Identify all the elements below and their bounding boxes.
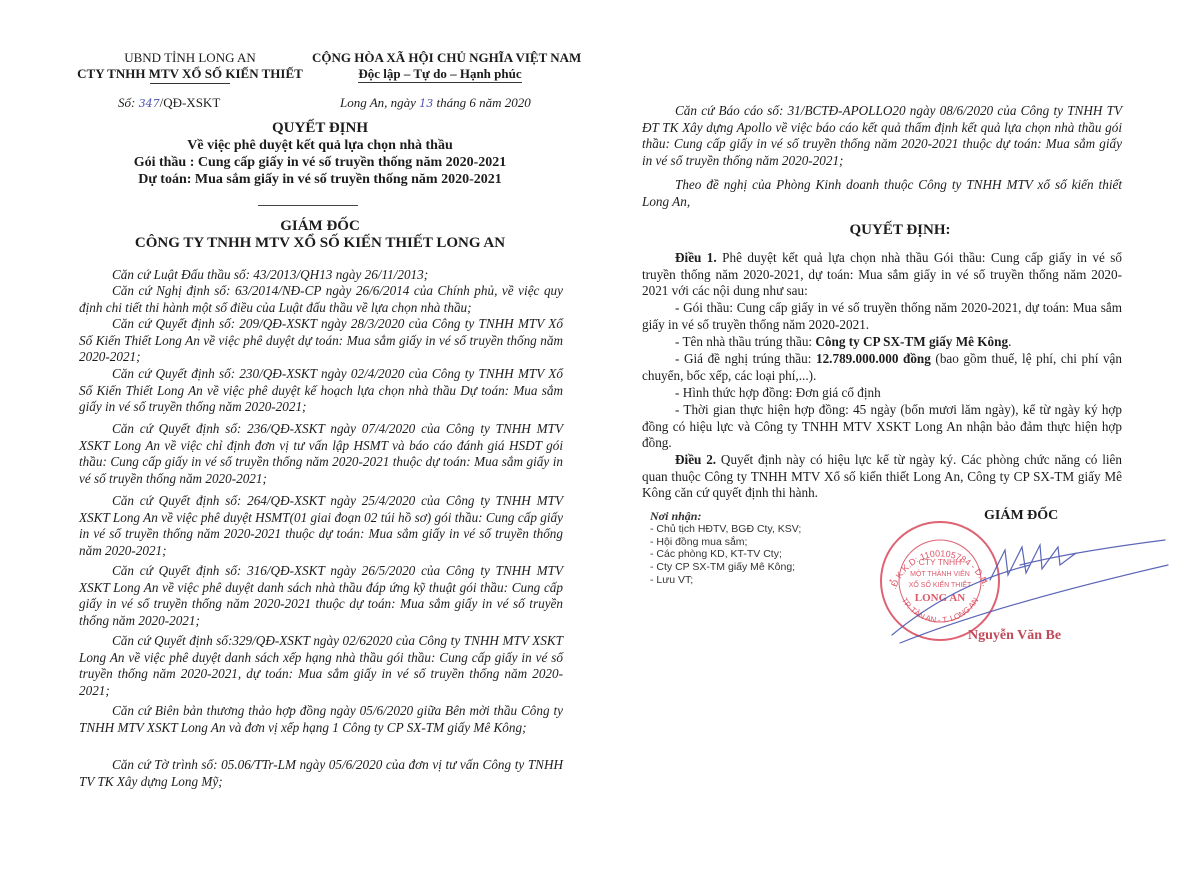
- ground-4: Căn cứ Quyết định số: 230/QĐ-XSKT ngày 0…: [79, 366, 563, 416]
- ground-9: Căn cứ Biên bản thương thảo hợp đồng ngà…: [79, 703, 563, 736]
- number-label: Số:: [118, 95, 135, 110]
- title-line-2: Gói thầu : Cung cấp giấy in vé số truyền…: [60, 154, 580, 171]
- nation-line-1: CỘNG HÒA XÃ HỘI CHỦ NGHĨA VIỆT NAM: [312, 50, 568, 66]
- document-date: Long An, ngày 13 tháng 6 năm 2020: [340, 95, 531, 111]
- item-price: - Giá đề nghị trúng thầu: 12.789.000.000…: [642, 351, 1122, 384]
- authority-line-1: GIÁM ĐỐC: [60, 218, 580, 235]
- ground-5: Căn cứ Quyết định số: 236/QĐ-XSKT ngày 0…: [79, 421, 563, 487]
- ground-8: Căn cứ Quyết định số:329/QĐ-XSKT ngày 02…: [79, 633, 563, 699]
- handwritten-number: 347: [139, 97, 160, 110]
- article-1-label: Điều 1.: [675, 250, 717, 265]
- authority-line-2: CÔNG TY TNHH MTV XỔ SỐ KIẾN THIẾT LONG A…: [60, 235, 580, 252]
- page-left: UBND TỈNH LONG AN CTY TNHH MTV XỔ SỐ KIẾ…: [0, 0, 600, 884]
- signatory-name: Nguyễn Văn Be: [968, 628, 1061, 644]
- number-suffix: /QĐ-XSKT: [160, 95, 221, 110]
- recipient-item: - Lưu VT;: [650, 574, 801, 587]
- recipients-heading: Nơi nhận:: [650, 510, 801, 523]
- issuing-authority: GIÁM ĐỐC CÔNG TY TNHH MTV XỔ SỐ KIẾN THI…: [60, 218, 580, 252]
- item-contract-type: - Hình thức hợp đồng: Đơn giá cố định: [642, 385, 1122, 402]
- decision-heading: QUYẾT ĐỊNH:: [640, 222, 1160, 239]
- recipient-item: - Chủ tịch HĐTV, BGĐ Cty, KSV;: [650, 523, 801, 536]
- title-main: QUYẾT ĐỊNH: [60, 120, 580, 137]
- item-winner: - Tên nhà thầu trúng thầu: Công ty CP SX…: [642, 334, 1122, 351]
- ground-12: Theo đề nghị của Phòng Kinh doanh thuộc …: [642, 177, 1122, 210]
- document-number: Số: 347/QĐ-XSKT: [118, 95, 220, 111]
- article-2-label: Điều 2.: [675, 452, 716, 467]
- document-title: QUYẾT ĐỊNH Về việc phê duyệt kết quả lựa…: [60, 120, 580, 188]
- price-value: 12.789.000.000 đồng: [816, 351, 931, 366]
- recipient-item: - Cty CP SX-TM giấy Mê Kông;: [650, 561, 801, 574]
- article-1: Điều 1. Phê duyệt kết quả lựa chọn nhà t…: [642, 250, 1122, 300]
- title-separator: [258, 205, 358, 206]
- issuing-organization: UBND TỈNH LONG AN CTY TNHH MTV XỔ SỐ KIẾ…: [70, 50, 310, 84]
- ground-7: Căn cứ Quyết định số: 316/QĐ-XSKT ngày 2…: [79, 563, 563, 629]
- ground-10: Căn cứ Tờ trình số: 05.06/TTr-LM ngày 05…: [79, 757, 563, 790]
- recipients-block: Nơi nhận: - Chủ tịch HĐTV, BGĐ Cty, KSV;…: [650, 510, 801, 587]
- handwritten-day: 13: [419, 97, 433, 110]
- date-suffix: tháng 6 năm 2020: [436, 95, 530, 110]
- ground-2: Căn cứ Nghị định số: 63/2014/NĐ-CP ngày …: [79, 283, 563, 316]
- title-line-3: Dự toán: Mua sắm giấy in vé số truyền th…: [60, 171, 580, 188]
- ground-3: Căn cứ Quyết định số: 209/QĐ-XSKT ngày 2…: [79, 316, 563, 366]
- ground-1: Căn cứ Luật Đấu thầu số: 43/2013/QH13 ng…: [79, 267, 563, 284]
- national-header: CỘNG HÒA XÃ HỘI CHỦ NGHĨA VIỆT NAM Độc l…: [312, 50, 568, 83]
- org-underline: [150, 83, 230, 84]
- org-line-2: CTY TNHH MTV XỔ SỐ KIẾN THIẾT: [70, 66, 310, 82]
- item-package: - Gói thầu: Cung cấp giấy in vé số truyề…: [642, 300, 1122, 333]
- org-line-1: UBND TỈNH LONG AN: [70, 50, 310, 66]
- recipient-item: - Các phòng KD, KT-TV Cty;: [650, 548, 801, 561]
- ground-11: Căn cứ Báo cáo số: 31/BCTĐ-APOLLO20 ngày…: [642, 103, 1122, 169]
- item-duration: - Thời gian thực hiện hợp đồng: 45 ngày …: [642, 402, 1122, 452]
- title-line-1: Về việc phê duyệt kết quả lựa chọn nhà t…: [60, 137, 580, 154]
- ground-6: Căn cứ Quyết định số: 264/QĐ-XSKT ngày 2…: [79, 493, 563, 559]
- winner-name: Công ty CP SX-TM giấy Mê Kông: [815, 334, 1008, 349]
- nation-line-2: Độc lập – Tự do – Hạnh phúc: [358, 66, 521, 83]
- date-prefix: Long An, ngày: [340, 95, 416, 110]
- article-2: Điều 2. Quyết định này có hiệu lực kể từ…: [642, 452, 1122, 502]
- recipient-item: - Hội đồng mua sắm;: [650, 536, 801, 549]
